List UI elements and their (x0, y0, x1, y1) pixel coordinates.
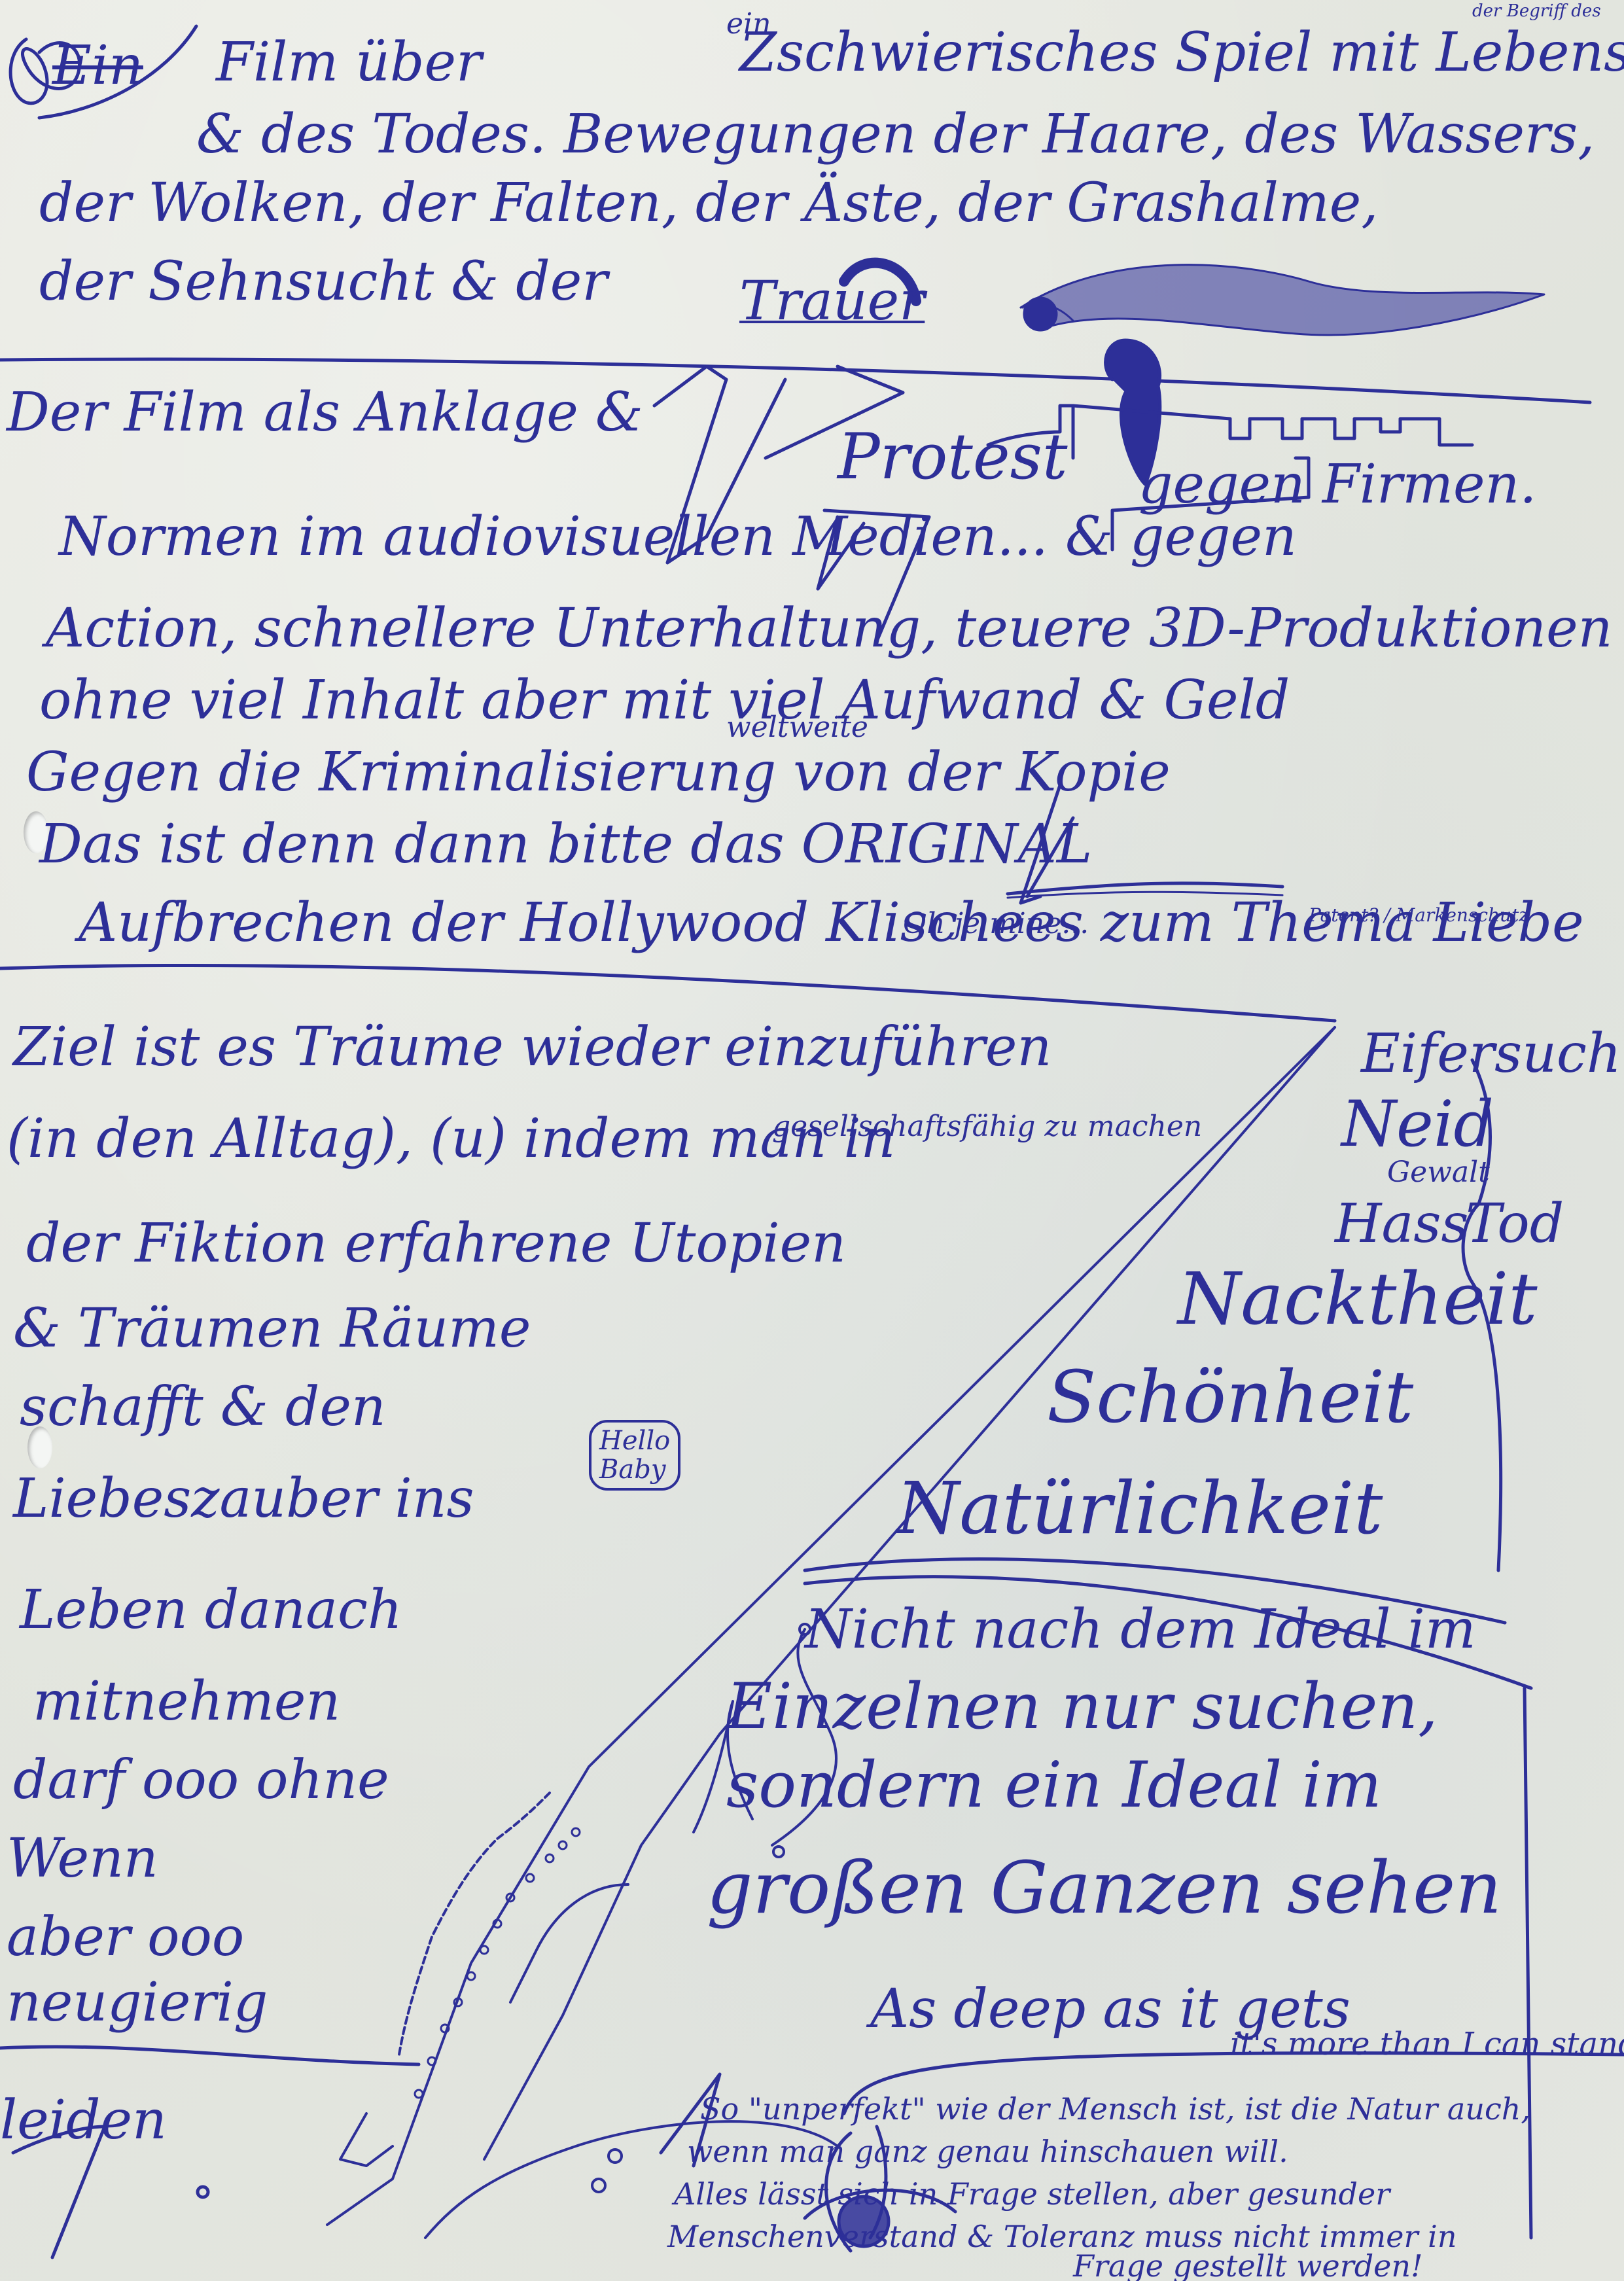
text-line-underlined: Trauer (739, 275, 925, 328)
text-line: Wenn (7, 1832, 158, 1886)
text-line: Action, schnellere Unterhaltung, teuere … (46, 602, 1612, 656)
text-line: wenn man ganz genau hinschauen will. (687, 2136, 1288, 2166)
struck-word: Ein (52, 39, 143, 93)
text-line: Das ist denn dann bitte das ORIGINAL (39, 818, 1092, 872)
text-line: Leben danach (20, 1583, 402, 1637)
text-line: gegen Firmen. (1139, 458, 1536, 512)
text-line: Gegen die Kriminalisierung von der Kopie (26, 746, 1171, 800)
keyword: Eifersucht (1361, 1027, 1624, 1081)
text-line: Ziel ist es Träume wieder einzuführen (13, 1021, 1051, 1074)
keyword: Natürlichkeit (896, 1472, 1383, 1544)
text-line: der Sehnsucht & der (39, 255, 608, 309)
keyword: Gewalt (1387, 1158, 1490, 1187)
text-line: sondern ein Ideal im (726, 1754, 1382, 1816)
text-line: neugierig (7, 1976, 268, 2030)
keyword: Schönheit (1047, 1361, 1413, 1433)
text-line: großen Ganzen sehen (707, 1852, 1502, 1924)
hello-baby-bubble: Hello Baby (589, 1420, 680, 1491)
keyword: Tod (1466, 1197, 1564, 1251)
text-line: aber ooo (7, 1911, 244, 1964)
text-line: (in den Alltag), (u) indem man in (7, 1112, 895, 1166)
text-line: Menschenverstand & Toleranz muss nicht i… (667, 2221, 1456, 2252)
text-line: Protest (838, 425, 1068, 488)
divider-line (0, 965, 1335, 1021)
text-line: darf ooo ohne (13, 1754, 389, 1807)
text-line: der Fiktion erfahrene Utopien (26, 1217, 846, 1271)
fret-dots (415, 1828, 580, 2098)
text-line: Liebeszauber ins (13, 1472, 474, 1526)
margin-annotation: der Begriff des (1472, 3, 1601, 20)
flowing-hair-sketch (1021, 265, 1544, 335)
text-line: & Träumen Räume (13, 1302, 531, 1356)
keyword: Hass (1335, 1197, 1469, 1251)
text-line: Zschwierisches Spiel mit Lebens (739, 26, 1624, 80)
bubble-line: Baby (599, 1455, 670, 1484)
text-line: So "unperfekt" wie der Mensch ist, ist d… (700, 2094, 1530, 2124)
keyword: Neid (1341, 1093, 1494, 1156)
text-line: it's more than I can stand! (1230, 2028, 1624, 2060)
text-line: der Wolken, der Falten, der Äste, der Gr… (39, 177, 1378, 230)
text-line: Normen im audiovisuellen Medien... & geg… (59, 510, 1297, 564)
keyword: Nacktheit (1178, 1263, 1538, 1335)
text-line: Der Film als Anklage & (7, 386, 643, 440)
text-line: Frage gestellt werden! (1073, 2251, 1423, 2281)
text-line: mitnehmen (33, 1675, 340, 1729)
text-line: Film über (216, 36, 482, 90)
text-line: Einzelnen nur suchen, (726, 1675, 1438, 1738)
bubble-line: Hello (599, 1426, 670, 1455)
text-line: ohne viel Inhalt aber mit viel Aufwand &… (39, 674, 1290, 728)
divider-line (0, 2047, 419, 2064)
text-line: Alles lässt sich in Frage stellen, aber … (674, 2179, 1390, 2209)
text-line: & des Todes. Bewegungen der Haare, des W… (196, 108, 1595, 162)
text-line: leiden (0, 2094, 167, 2148)
text-line: schafft & den (20, 1381, 386, 1434)
text-line: Nicht nach dem Ideal im (805, 1603, 1476, 1657)
text-line: Aufbrechen der Hollywood Klischees zum T… (79, 896, 1584, 950)
handwritten-page: Ein Film über ein Zschwierisches Spiel m… (0, 0, 1624, 2281)
